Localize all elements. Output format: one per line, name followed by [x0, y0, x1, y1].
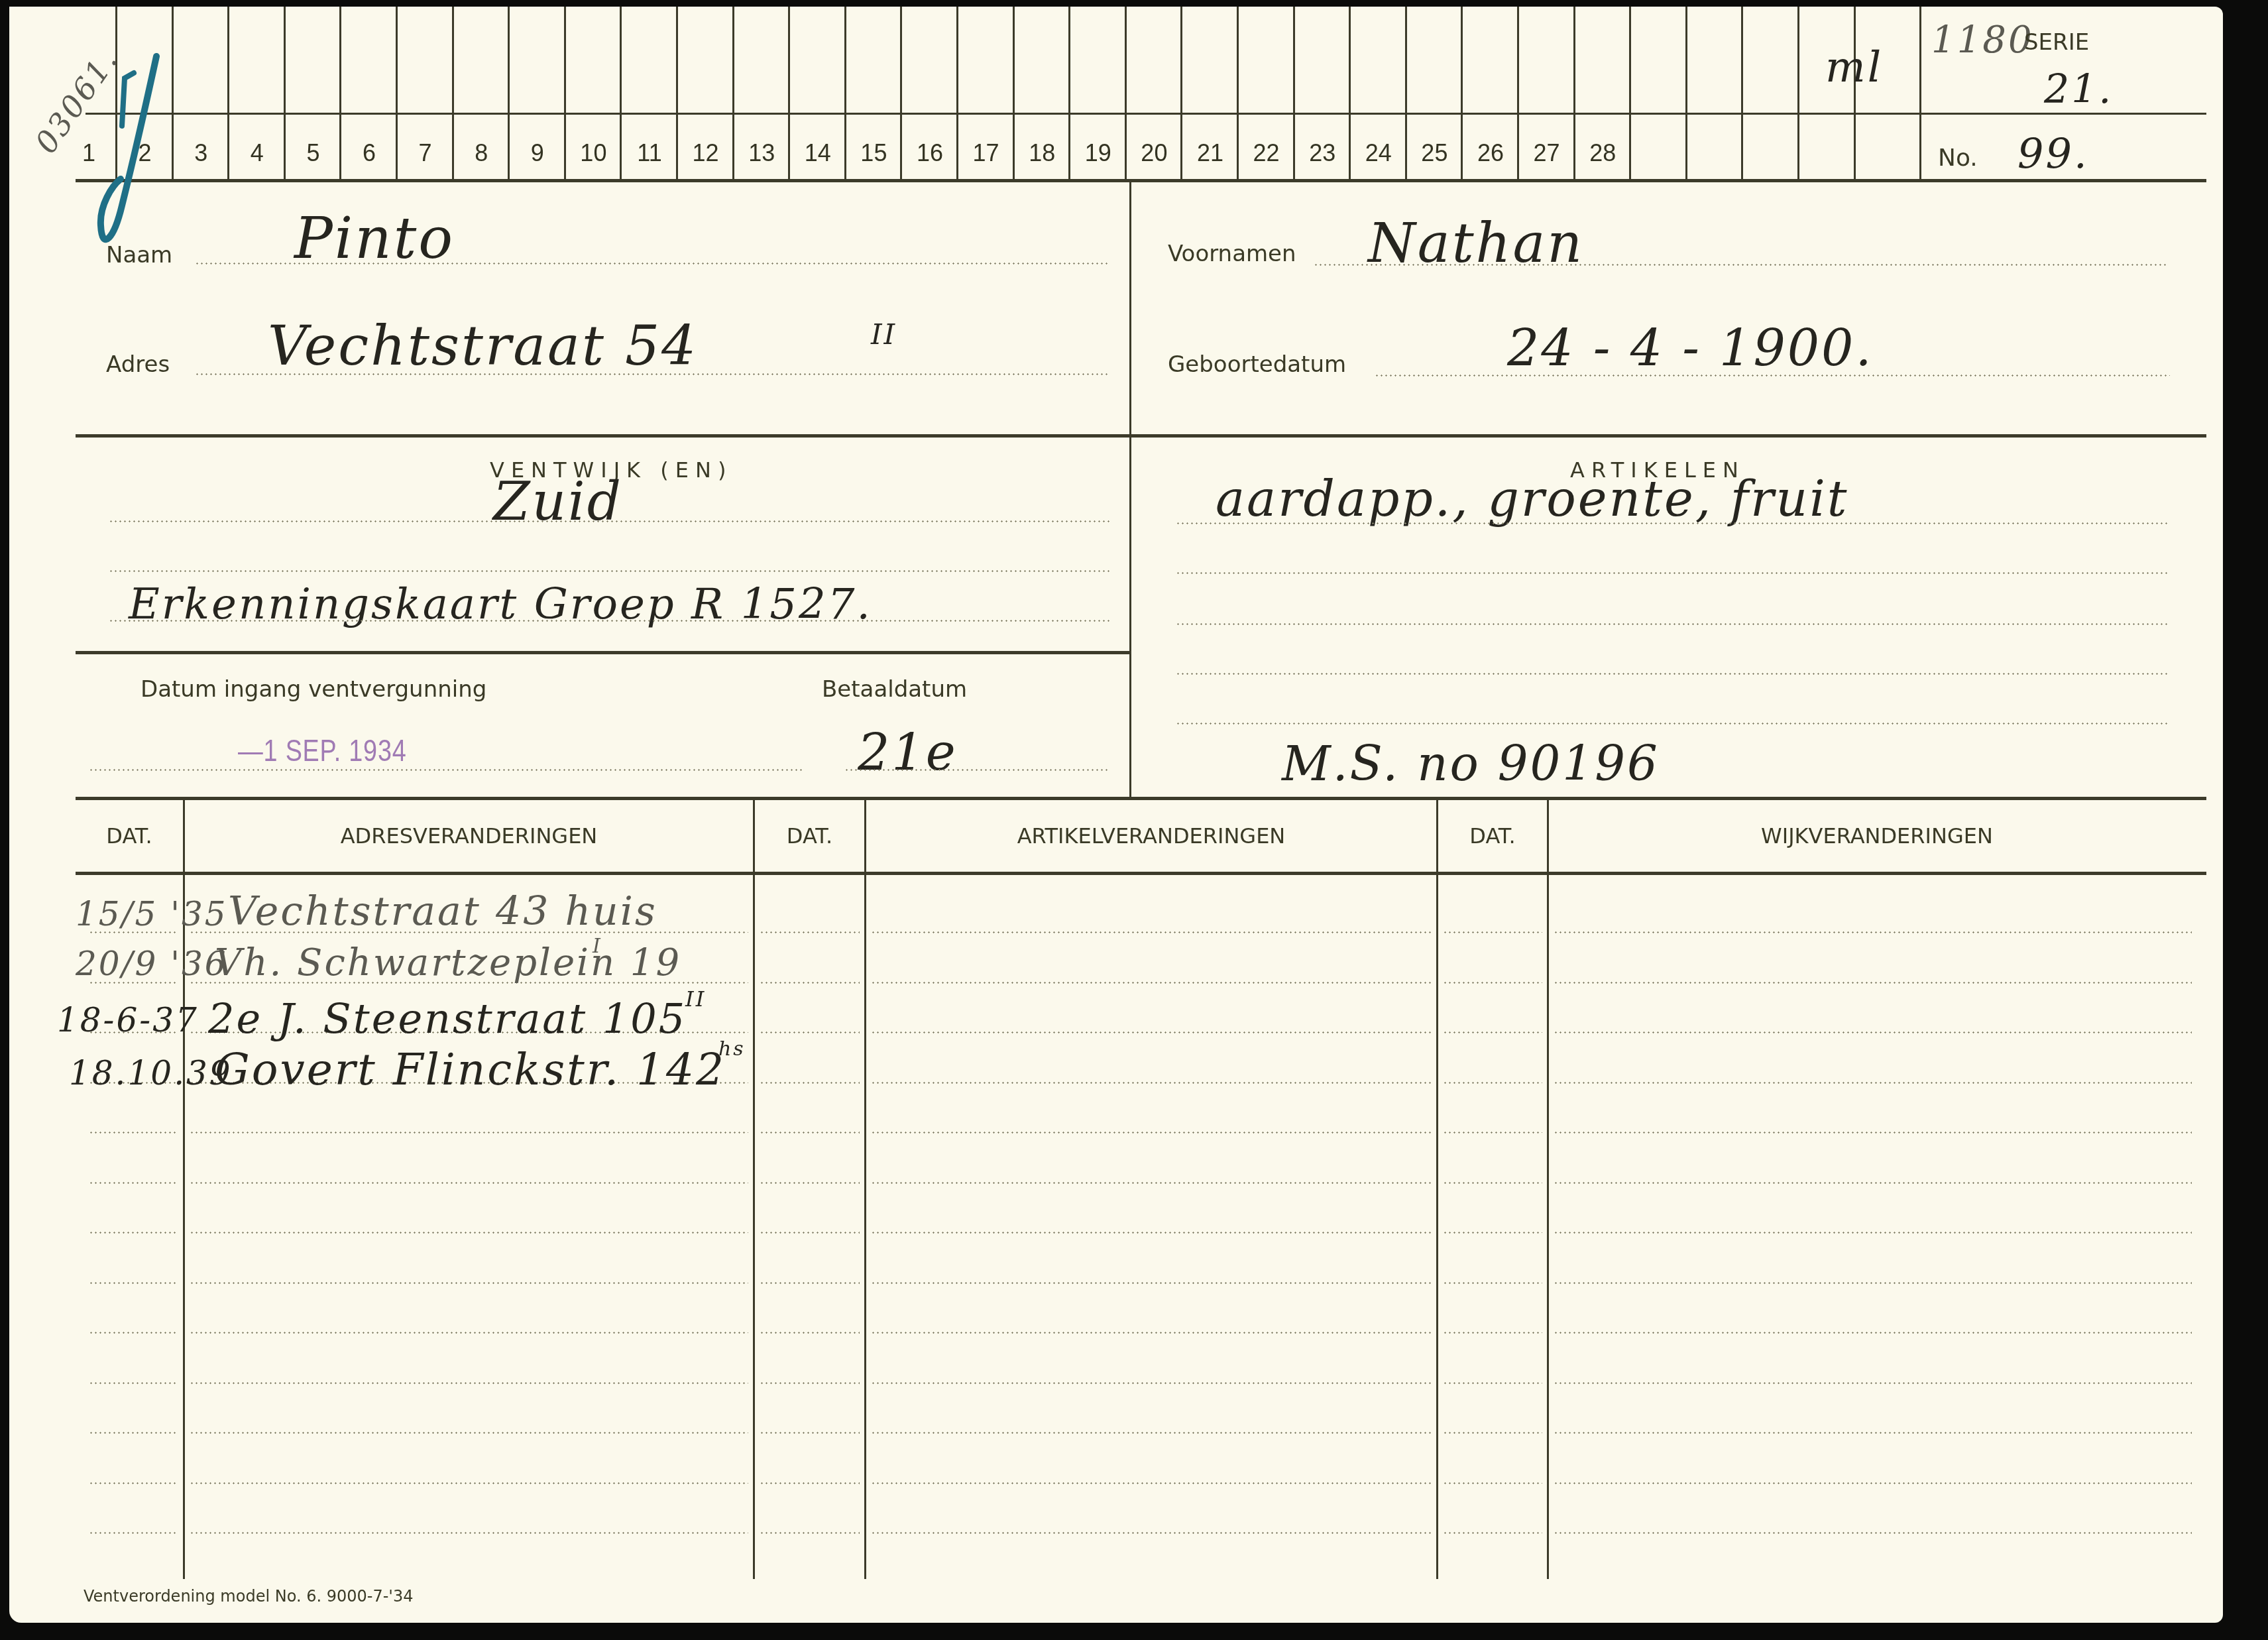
day-number[interactable]: 14: [790, 139, 846, 167]
table-row-line: [760, 1132, 860, 1134]
table-row-line: [1443, 1282, 1542, 1284]
table-row-line: [760, 1182, 860, 1184]
naam-value[interactable]: Pinto: [294, 205, 455, 272]
table-row-line: [1443, 1082, 1542, 1084]
table-row-line: [1554, 1282, 2192, 1284]
table-row-line: [89, 1532, 178, 1534]
header-adresveranderingen: ADRESVERANDERINGEN: [185, 823, 753, 849]
day-number[interactable]: 18: [1014, 139, 1070, 167]
artikelen-line-4: [1176, 673, 2170, 675]
datum-ingang-line: [89, 769, 805, 771]
table-row-line: [760, 1031, 860, 1033]
registration-card: 1234567891011121314151617181920212223242…: [9, 7, 2223, 1623]
day-number[interactable]: 10: [565, 139, 621, 167]
artikelen-note[interactable]: M.S. no 90196: [1282, 736, 1660, 791]
geboortedatum-value[interactable]: 24 - 4 - 1900.: [1507, 318, 1874, 377]
geboortedatum-line: [1375, 375, 2170, 377]
form-footer: Ventverordening model No. 6. 9000-7-'34: [84, 1587, 414, 1606]
main-divider-top: [1129, 180, 1131, 436]
adres-value[interactable]: Vechtstraat 54: [268, 315, 698, 378]
serie-divider: [1919, 7, 1921, 180]
table-row-line: [1554, 1082, 2192, 1084]
table-row-line: [190, 1432, 748, 1434]
address-change-suffix: hs: [718, 1037, 746, 1061]
artikelen-line-2: [1176, 572, 2170, 574]
table-row-line: [760, 982, 860, 984]
table-row-line: [1443, 1332, 1542, 1334]
table-row-line: [760, 1232, 860, 1234]
day-number[interactable]: 12: [678, 139, 734, 167]
betaaldatum-value[interactable]: 21e: [858, 723, 958, 782]
table-row-line: [1554, 931, 2192, 933]
betaaldatum-label: Betaaldatum: [822, 676, 967, 703]
day-number[interactable]: 9: [510, 139, 565, 167]
day-number[interactable]: 13: [734, 139, 789, 167]
col-divider-2: [753, 800, 755, 1579]
header-wijkveranderingen: WIJKVERANDERINGEN: [1549, 823, 2205, 849]
betaaldatum-line: [844, 769, 1109, 771]
address-change-value: 2e J. Steenstraat 105: [208, 994, 687, 1043]
table-row-line: [1554, 1182, 2192, 1184]
table-row-line: [871, 931, 1432, 933]
header-artikelveranderingen: ARTIKELVERANDERINGEN: [866, 823, 1436, 849]
initials: ml: [1825, 43, 1883, 92]
day-number[interactable]: 22: [1239, 139, 1294, 167]
naam-label: Naam: [106, 242, 172, 268]
section-rule-1: [76, 434, 2206, 438]
address-change-value: Vechtstraat 43 huis: [228, 888, 657, 935]
day-number[interactable]: 15: [846, 139, 901, 167]
artikelen-line-1: [1176, 522, 2170, 524]
address-change-date: 15/5 '35: [76, 895, 228, 933]
address-change-suffix: I: [593, 935, 602, 958]
table-row-line: [760, 1482, 860, 1484]
table-row-line: [1554, 1332, 2192, 1334]
table-row-line: [1443, 1132, 1542, 1134]
table-row-line: [1443, 931, 1542, 933]
table-row-line: [871, 1132, 1432, 1134]
table-row-line: [89, 1132, 178, 1134]
header-dat-1: DAT.: [76, 823, 183, 849]
table-row-line: [190, 1282, 748, 1284]
ventwijk-value[interactable]: Zuid: [493, 471, 623, 532]
table-row-line: [190, 1382, 748, 1384]
table-row-line: [1443, 1532, 1542, 1534]
table-row-line: [871, 1482, 1432, 1484]
table-row-line: [1443, 1232, 1542, 1234]
table-row-line: [760, 1332, 860, 1334]
adres-label: Adres: [106, 351, 170, 378]
table-row-line: [1443, 1031, 1542, 1033]
table-row-line: [871, 1332, 1432, 1334]
table-row-line: [89, 1332, 178, 1334]
table-header-rule: [76, 872, 2206, 875]
day-number[interactable]: 24: [1351, 139, 1406, 167]
voornamen-label: Voornamen: [1168, 241, 1296, 267]
day-number[interactable]: 25: [1406, 139, 1462, 167]
table-row-line: [1443, 1182, 1542, 1184]
datum-ingang-label: Datum ingang ventvergunning: [141, 676, 486, 703]
table-row-line: [760, 1432, 860, 1434]
number-value: 99.: [2017, 129, 2089, 178]
table-row-line: [89, 1182, 178, 1184]
grid-mid-rule: [85, 113, 2206, 115]
header-dat-3: DAT.: [1438, 823, 1547, 849]
serie-handwritten-prefix: 1180: [1931, 19, 2034, 62]
day-number[interactable]: 6: [341, 139, 397, 167]
artikelen-value[interactable]: aardapp., groente, fruit: [1216, 471, 1849, 528]
main-divider-bottom: [1129, 436, 1131, 797]
table-row-line: [760, 1282, 860, 1284]
table-row-line: [871, 1232, 1432, 1234]
table-row-line: [1554, 1132, 2192, 1134]
day-number[interactable]: 4: [229, 139, 285, 167]
day-number[interactable]: 19: [1070, 139, 1126, 167]
day-number[interactable]: 8: [453, 139, 509, 167]
table-row-line: [871, 1432, 1432, 1434]
table-row-line: [1554, 1232, 2192, 1234]
day-number[interactable]: 23: [1294, 139, 1350, 167]
table-row-line: [1554, 1382, 2192, 1384]
section-rule-left: [76, 651, 1129, 654]
table-row-line: [760, 931, 860, 933]
ventwijk-line-2: [109, 570, 1109, 572]
day-number[interactable]: 5: [285, 139, 341, 167]
header-dat-2: DAT.: [755, 823, 864, 849]
serie-value: 21.: [2044, 66, 2113, 113]
day-number[interactable]: 21: [1182, 139, 1238, 167]
day-number[interactable]: 27: [1519, 139, 1575, 167]
table-row-line: [1554, 982, 2192, 984]
serie-rule: [1931, 113, 2206, 115]
adres-suffix: II: [871, 318, 897, 351]
day-number[interactable]: 28: [1575, 139, 1630, 167]
address-change-date: 18.10.39: [69, 1054, 233, 1092]
day-number[interactable]: 11: [622, 139, 677, 167]
adres-line: [195, 373, 1109, 375]
ventwijk-line-1: [109, 520, 1109, 522]
table-row-line: [871, 1382, 1432, 1384]
day-number[interactable]: 26: [1463, 139, 1518, 167]
day-number[interactable]: 16: [902, 139, 958, 167]
table-row-line: [190, 1532, 748, 1534]
table-row-line: [1554, 1432, 2192, 1434]
address-change-date: 18-6-37: [57, 1001, 199, 1039]
table-row-line: [190, 1332, 748, 1334]
table-row-line: [871, 1031, 1432, 1033]
table-row-line: [760, 1532, 860, 1534]
table-row-line: [1443, 1482, 1542, 1484]
table-row-line: [89, 1232, 178, 1234]
table-row-line: [190, 1182, 748, 1184]
day-number[interactable]: 17: [958, 139, 1014, 167]
table-row-line: [871, 982, 1432, 984]
number-label: No.: [1938, 145, 1978, 172]
table-row-line: [190, 1482, 748, 1484]
day-number[interactable]: 7: [398, 139, 453, 167]
blue-pencil-mark-icon: [95, 53, 182, 265]
col-divider-5: [1547, 800, 1549, 1579]
table-row-line: [89, 1382, 178, 1384]
address-change-date: 20/9 '36: [76, 945, 228, 983]
table-row-line: [871, 1182, 1432, 1184]
grid-column-line: [1797, 7, 1799, 180]
ventwijk-line-3: [109, 620, 1109, 622]
grid-column-line: [1685, 7, 1687, 180]
address-change-value: Govert Flinckstr. 142: [215, 1044, 726, 1095]
col-divider-3: [864, 800, 866, 1579]
table-row-line: [89, 1432, 178, 1434]
serie-label: SERIE: [2024, 29, 2089, 56]
grid-column-line: [1741, 7, 1743, 180]
table-row-line: [89, 1282, 178, 1284]
table-row-line: [871, 1532, 1432, 1534]
grid-column-line: [1854, 7, 1856, 180]
naam-line: [195, 263, 1109, 264]
table-row-line: [190, 1232, 748, 1234]
voornamen-line: [1314, 264, 2169, 266]
artikelen-line-3: [1176, 623, 2170, 625]
day-number[interactable]: 20: [1126, 139, 1182, 167]
table-row-line: [1554, 1532, 2192, 1534]
address-change-suffix: II: [685, 986, 706, 1012]
table-row-line: [871, 1282, 1432, 1284]
table-top-rule: [76, 797, 2206, 800]
table-row-line: [1554, 1031, 2192, 1033]
address-change-value: Vh. Schwartzeplein 19: [215, 941, 681, 984]
artikelen-line-5: [1176, 723, 2170, 725]
table-row-line: [871, 1082, 1432, 1084]
table-row-line: [1443, 1432, 1542, 1434]
table-row-line: [1554, 1482, 2192, 1484]
geboortedatum-label: Geboortedatum: [1168, 351, 1346, 378]
col-divider-4: [1436, 800, 1438, 1579]
table-row-line: [1443, 982, 1542, 984]
table-row-line: [1443, 1382, 1542, 1384]
datum-ingang-stamp: —1 SEP. 1934: [238, 732, 407, 768]
table-row-line: [760, 1082, 860, 1084]
table-row-line: [89, 1482, 178, 1484]
table-row-line: [190, 1132, 748, 1134]
table-row-line: [760, 1382, 860, 1384]
